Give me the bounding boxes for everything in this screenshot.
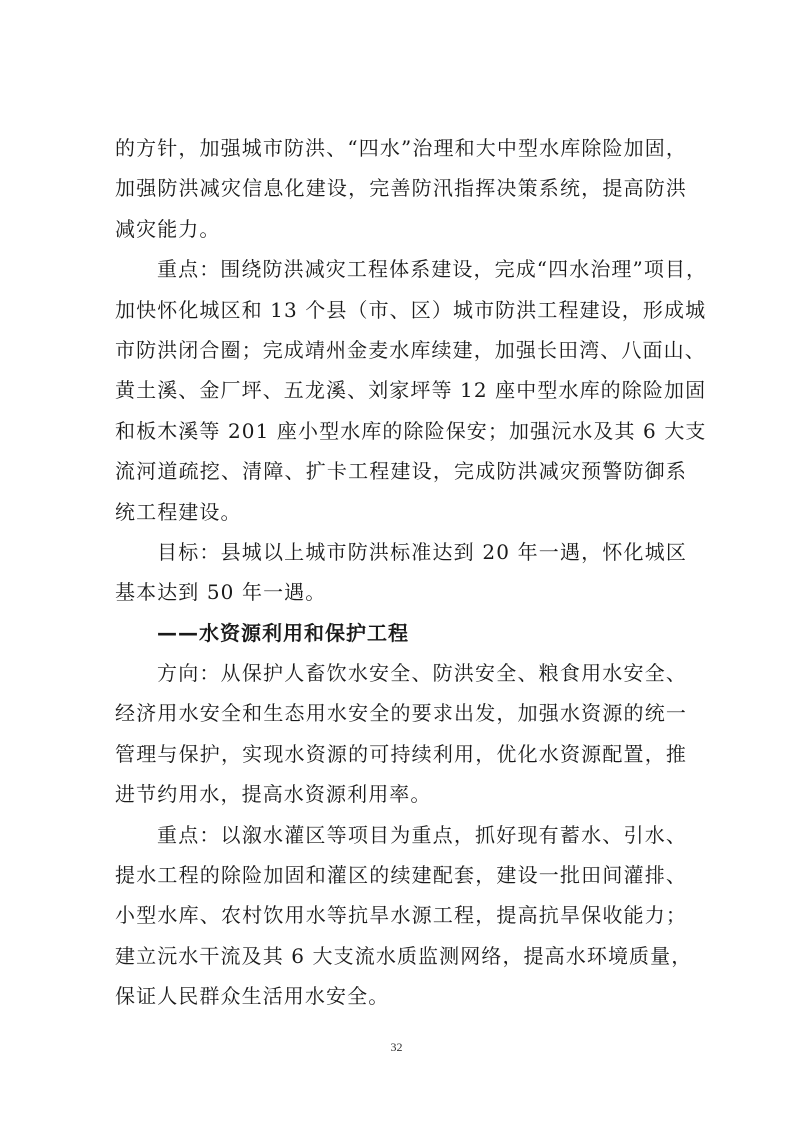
text-line: 提水工程的除险加固和灌区的续建配套，建设一批田间灌排、 (115, 855, 687, 895)
text-line: 减灾能力。 (115, 209, 687, 249)
text-line: 经济用水安全和生态用水安全的要求出发，加强水资源的统一 (115, 693, 687, 733)
text-line: 建立沅水干流及其 6 大支流水质监测网络，提高水环境质量， (115, 936, 687, 976)
document-page: 的方针，加强城市防洪、“四水”治理和大中型水库除险加固， 加强防洪减灾信息化建设… (0, 0, 793, 1122)
paragraph-start-direction: 方向：从保护人畜饮水安全、防洪安全、粮食用水安全、 (115, 653, 687, 693)
paragraph-start-target: 目标：县城以上城市防洪标准达到 20 年一遇，怀化城区 (115, 532, 687, 572)
text-line: 加快怀化城区和 13 个县（市、区）城市防洪工程建设，形成城 (115, 290, 687, 330)
paragraph-start-key-points: 重点：围绕防洪减灾工程体系建设，完成“四水治理”项目， (115, 249, 687, 289)
text-line: 保证人民群众生活用水安全。 (115, 976, 687, 1016)
text-line: 管理与保护，实现水资源的可持续利用，优化水资源配置，推 (115, 734, 687, 774)
paragraph-start-key-points: 重点：以溆水灌区等项目为重点，抓好现有蓄水、引水、 (115, 815, 687, 855)
text-line: 统工程建设。 (115, 492, 687, 532)
text-line: 基本达到 50 年一遇。 (115, 572, 687, 612)
text-line: 进节约用水，提高水资源利用率。 (115, 774, 687, 814)
text-line: 加强防洪减灾信息化建设，完善防汛指挥决策系统，提高防洪 (115, 168, 687, 208)
section-heading: ——水资源利用和保护工程 (115, 613, 687, 653)
body-text: 的方针，加强城市防洪、“四水”治理和大中型水库除险加固， 加强防洪减灾信息化建设… (115, 128, 687, 1017)
text-line: 和板木溪等 201 座小型水库的除险保安；加强沅水及其 6 大支 (115, 411, 687, 451)
text-line: 的方针，加强城市防洪、“四水”治理和大中型水库除险加固， (115, 128, 687, 168)
text-line: 黄土溪、金厂坪、五龙溪、刘家坪等 12 座中型水库的除险加固 (115, 370, 687, 410)
page-number: 32 (0, 1040, 793, 1055)
text-line: 市防洪闭合圈；完成靖州金麦水库续建，加强长田湾、八面山、 (115, 330, 687, 370)
text-line: 小型水库、农村饮用水等抗旱水源工程，提高抗旱保收能力； (115, 895, 687, 935)
text-line: 流河道疏挖、清障、扩卡工程建设，完成防洪减灾预警防御系 (115, 451, 687, 491)
